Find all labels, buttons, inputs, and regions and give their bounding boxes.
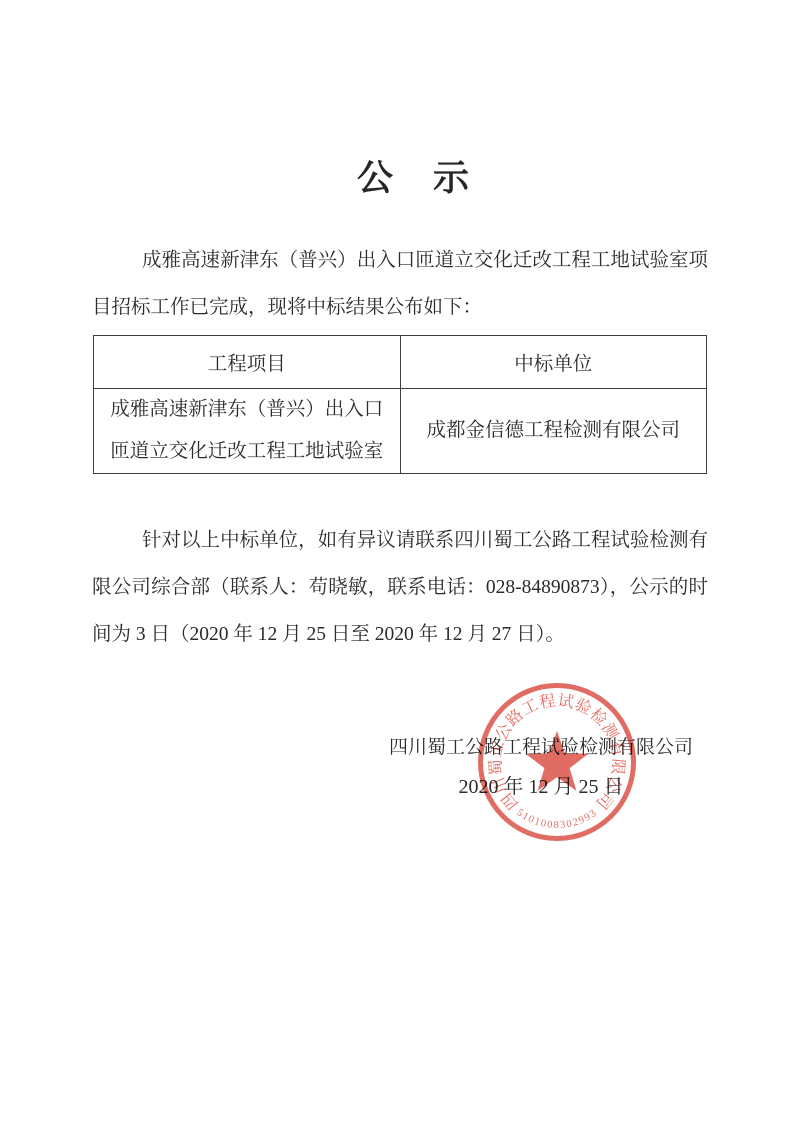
project-name-cell: 成雅高速新津东（普兴）出入口匝道立交化迁改工程工地试验室 — [94, 389, 401, 474]
table-header-winner: 中标单位 — [400, 336, 707, 389]
bid-result-table: 工程项目 中标单位 成雅高速新津东（普兴）出入口匝道立交化迁改工程工地试验室 成… — [93, 335, 707, 474]
seal-serial-number: 5101008302993 — [514, 807, 599, 831]
signature-company: 四川蜀工公路工程试验检测有限公司 — [388, 733, 694, 763]
seal-serial-holder: 5101008302993 — [514, 807, 599, 831]
signature-block: 四川蜀工公路工程试验检测有限公司 2020 年 12 月 25 日 — [388, 733, 694, 801]
announcement-document: 公 示 成雅高速新津东（普兴）出入口匝道立交化迁改工程工地试验室项目招标工作已完… — [0, 0, 800, 1131]
signature-date: 2020 年 12 月 25 日 — [388, 773, 694, 801]
intro-paragraph: 成雅高速新津东（普兴）出入口匝道立交化迁改工程工地试验室项目招标工作已完成，现将… — [92, 237, 708, 331]
table-header-row: 工程项目 中标单位 — [94, 336, 707, 389]
winner-name-cell: 成都金信德工程检测有限公司 — [400, 389, 707, 474]
table-row: 成雅高速新津东（普兴）出入口匝道立交化迁改工程工地试验室 成都金信德工程检测有限… — [94, 389, 707, 474]
contact-paragraph: 针对以上中标单位，如有异议请联系四川蜀工公路工程试验检测有限公司综合部（联系人：… — [92, 517, 708, 658]
page-title: 公 示 — [14, 150, 800, 201]
table-header-project: 工程项目 — [94, 336, 401, 389]
